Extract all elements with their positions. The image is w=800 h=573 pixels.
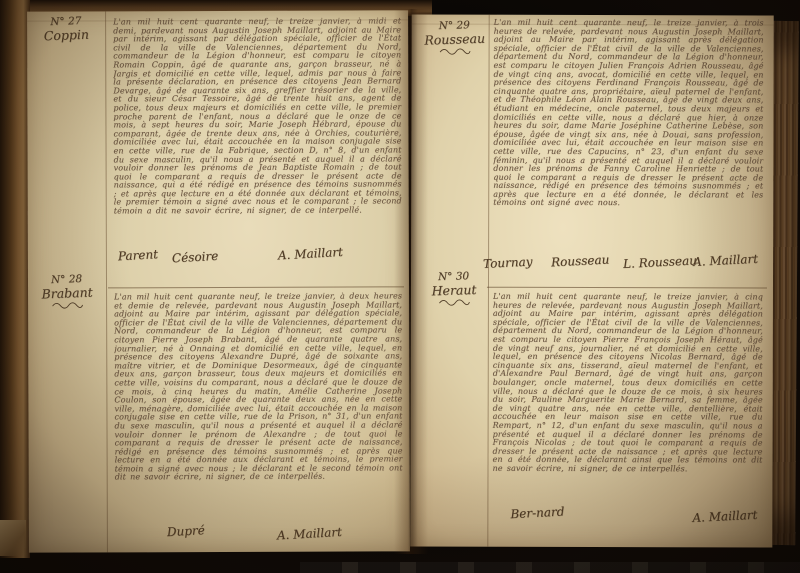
entry-29-signature: L. Rousseau	[623, 253, 697, 271]
margin-flourish-icon	[437, 298, 471, 307]
entry-30-signature: Ber-nard	[510, 505, 565, 522]
margin-note-29: N° 29 Rousseau	[413, 18, 496, 57]
entry-28-body: L'an mil huit cent quarante neuf, le tre…	[114, 292, 403, 521]
margin-flourish-icon	[50, 301, 84, 310]
page-fore-edge-stack	[769, 21, 799, 545]
entry-27-signature: Parent	[118, 247, 159, 263]
margin-note-30: N° 30 Heraut	[412, 269, 495, 308]
entry-separator	[487, 287, 767, 289]
entry-29-body: L'an mil huit cent quarante neuf, le tre…	[493, 19, 764, 252]
entry-29-signature: Rousseau	[551, 253, 610, 270]
entry-27-name: Coppin	[27, 27, 105, 44]
book-cover-spine	[0, 0, 30, 558]
entry-separator	[108, 286, 404, 288]
entry-29-signature: A. Maillart	[693, 252, 759, 269]
right-page: N° 29 Rousseau L'an mil huit cent quaran…	[410, 15, 773, 548]
entry-30-body: L'an mil huit cent quarante neuf, le tre…	[492, 293, 763, 506]
register-book-photo: N° 27 Coppin L'an mil huit cent quarante…	[0, 0, 800, 573]
entry-30-name: Heraut	[413, 282, 495, 299]
entry-27-body: L'an mil huit cent quarante neuf, le tre…	[113, 17, 402, 248]
left-page: N° 27 Coppin L'an mil huit cent quarante…	[27, 10, 410, 552]
margin-note-27: N° 27 Coppin	[27, 14, 106, 44]
entry-27-signature: A. Maillart	[278, 245, 344, 263]
entry-29-name: Rousseau	[413, 31, 495, 48]
entry-28-signature: A. Maillart	[277, 525, 343, 543]
entry-30-signature: A. Maillart	[692, 508, 758, 525]
margin-flourish-icon	[438, 47, 472, 56]
entry-28-name: Brabant	[28, 285, 106, 302]
margin-note-28: N° 28 Brabant	[27, 272, 106, 311]
table-surface-strip	[300, 562, 800, 573]
entry-27-signature: Césoire	[172, 249, 219, 266]
entry-28-signature: Dupré	[167, 523, 206, 539]
book-cover-corner	[0, 520, 26, 556]
